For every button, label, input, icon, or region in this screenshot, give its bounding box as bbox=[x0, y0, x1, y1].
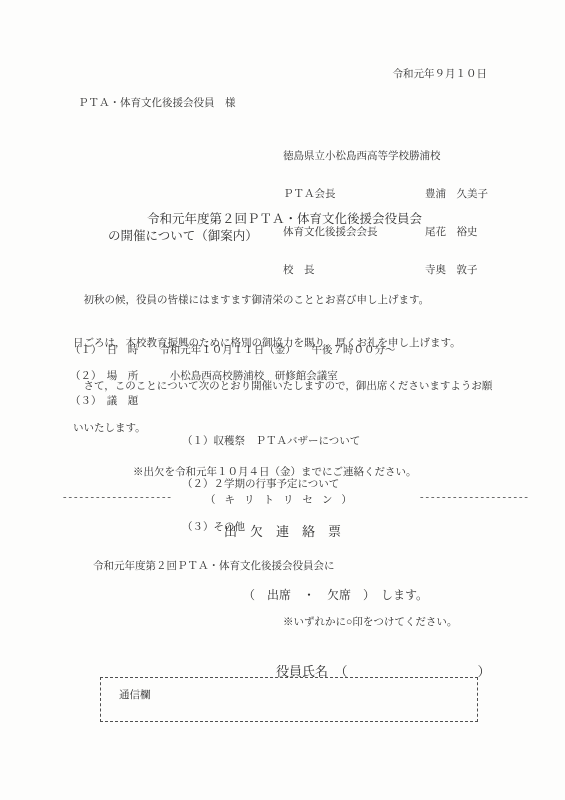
cutline-dashes-right: -------------------- bbox=[420, 492, 530, 503]
document-title-line2: の開催について（御案内） bbox=[108, 226, 258, 244]
item-agenda: （３） 議 題 bbox=[70, 393, 138, 408]
cutline-dashes-left: -------------------- bbox=[63, 492, 173, 503]
sender-school: 徳島県立小松島西高等学校勝浦校 bbox=[283, 149, 488, 165]
item-datetime: （１） 日 時 令和元年１０月１１日（金） 午後７時００分～ bbox=[70, 342, 396, 357]
signatory-name: 尾花 裕史 bbox=[425, 225, 478, 241]
comment-box: 通信欄 bbox=[100, 677, 478, 722]
signatory-row: 体育文化後援会会長 尾花 裕史 bbox=[283, 225, 488, 241]
agenda-subitem: （１）収穫祭 ＰＴＡバザーについて bbox=[182, 435, 360, 449]
attendance-choice-line: （ 出席 ・ 欠席 ） します。 bbox=[243, 586, 428, 603]
addressee-line: ＰＴＡ・体育文化後援会役員 様 bbox=[78, 95, 236, 110]
body-line: 初秋の候，役員の皆様にはますます御清栄のこととお喜び申し上げます。 bbox=[73, 294, 523, 308]
signatory-name: 豊浦 久美子 bbox=[425, 187, 488, 203]
document-title-line1: 令和元年度第２回ＰＴＡ・体育文化後援会役員会 bbox=[147, 209, 422, 227]
signatory-row: ＰＴＡ会長 豊浦 久美子 bbox=[283, 187, 488, 203]
comment-box-label: 通信欄 bbox=[119, 687, 151, 702]
signatory-title: 体育文化後援会会長 bbox=[283, 225, 425, 241]
issue-date: 令和元年９月１０日 bbox=[0, 66, 487, 81]
item-place: （２） 場 所 小松島西高校勝浦校 研修館会議室 bbox=[70, 368, 338, 383]
signatory-title: ＰＴＡ会長 bbox=[283, 187, 425, 203]
officer-name-close-paren: ） bbox=[478, 664, 491, 679]
rsvp-deadline-note: ※出欠を令和元年１０月４日（金）までにご連絡ください。 bbox=[133, 464, 417, 479]
scanned-notice-page: 令和元年９月１０日 ＰＴＡ・体育文化後援会役員 様 徳島県立小松島西高等学校勝浦… bbox=[0, 0, 565, 800]
reply-slip-heading: 出 欠 連 絡 票 bbox=[0, 521, 565, 540]
cutline: -------------------- （キリトリセン） ----------… bbox=[0, 492, 565, 508]
reply-slip-intro: 令和元年度第２回ＰＴＡ・体育文化後援会役員会に bbox=[93, 558, 335, 573]
circle-instruction-note: ※いずれかに○印をつけてください。 bbox=[283, 614, 457, 629]
cutline-label: （キリトリセン） bbox=[205, 492, 361, 507]
agenda-subitem: （２）２学期の行事予定について bbox=[182, 478, 360, 492]
